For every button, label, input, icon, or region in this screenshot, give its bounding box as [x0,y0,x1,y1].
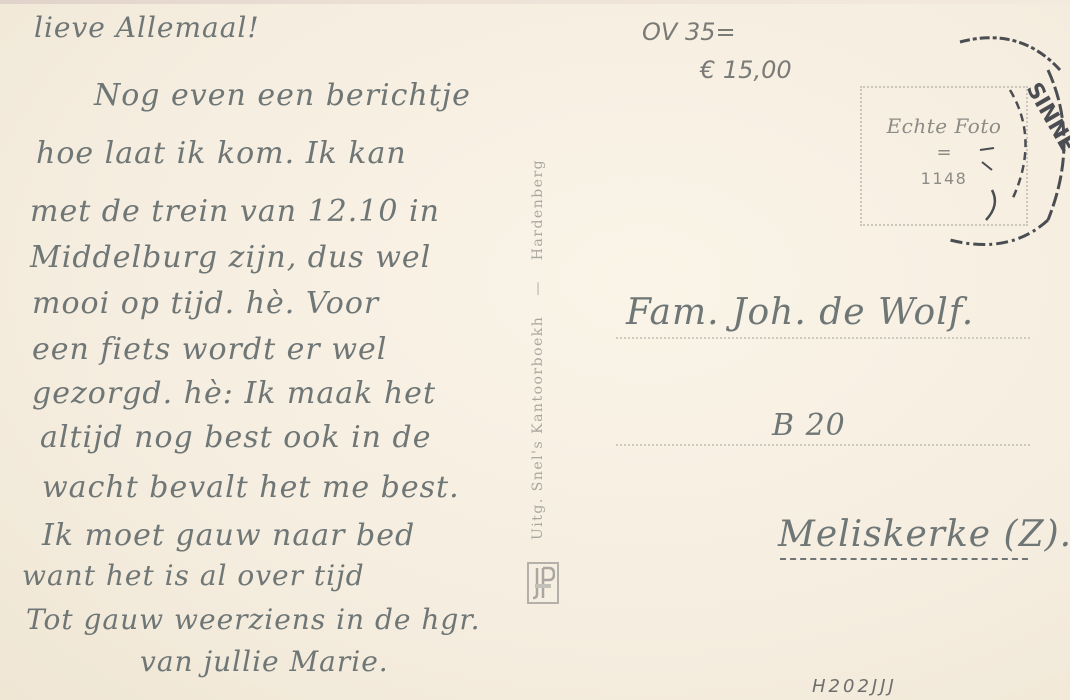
postcard-back: lieve Allemaal! Nog even een berichtje h… [0,0,1070,700]
message-line: met de trein van 12.10 in [30,194,440,230]
message-line: gezorgd. hè: Ik maak het [32,376,436,412]
svg-text:SINNE: SINNE [1021,79,1070,157]
message-line: want het is al over tijd [22,558,365,594]
message-signoff: van jullie Marie. [140,644,389,680]
price-note-line2: € 15,00 [700,56,792,84]
message-line: wacht bevalt het me best. [42,470,460,506]
address-city: Meliskerke (Z). [778,514,1070,555]
address-guide-line-3 [780,558,1028,560]
jp-monogram-logo-icon [527,562,559,604]
publisher-town: Hardenberg [530,159,546,260]
message-line: een fiets wordt er wel [32,332,387,368]
message-line: Tot gauw weerziens in de hgr. [26,602,481,638]
reference-code: H202JJJ [812,676,897,697]
address-guide-line-2 [616,444,1030,446]
message-line: hoe laat ik kom. Ik kan [36,136,407,172]
price-note-line1: OV 35= [642,18,736,46]
publisher-name: Uitg. Snel's Kantoorboekh [530,316,546,540]
publisher-imprint: Uitg. Snel's Kantoorboekh — Hardenberg [530,145,546,540]
message-line: Nog even een berichtje [94,78,471,114]
circular-postmark-icon: SINNE [930,30,1070,265]
message-line: lieve Allemaal! [34,10,260,46]
imprint-separator: — [530,280,546,296]
message-line: Ik moet gauw naar bed [42,518,415,554]
message-line: Middelburg zijn, dus wel [30,240,431,276]
address-guide-line-1 [616,337,1030,339]
message-line: mooi op tijd. hè. Voor [32,286,379,322]
address-name: Fam. Joh. de Wolf. [626,292,974,333]
message-line: altijd nog best ook in de [40,420,432,456]
address-house: B 20 [772,408,846,443]
